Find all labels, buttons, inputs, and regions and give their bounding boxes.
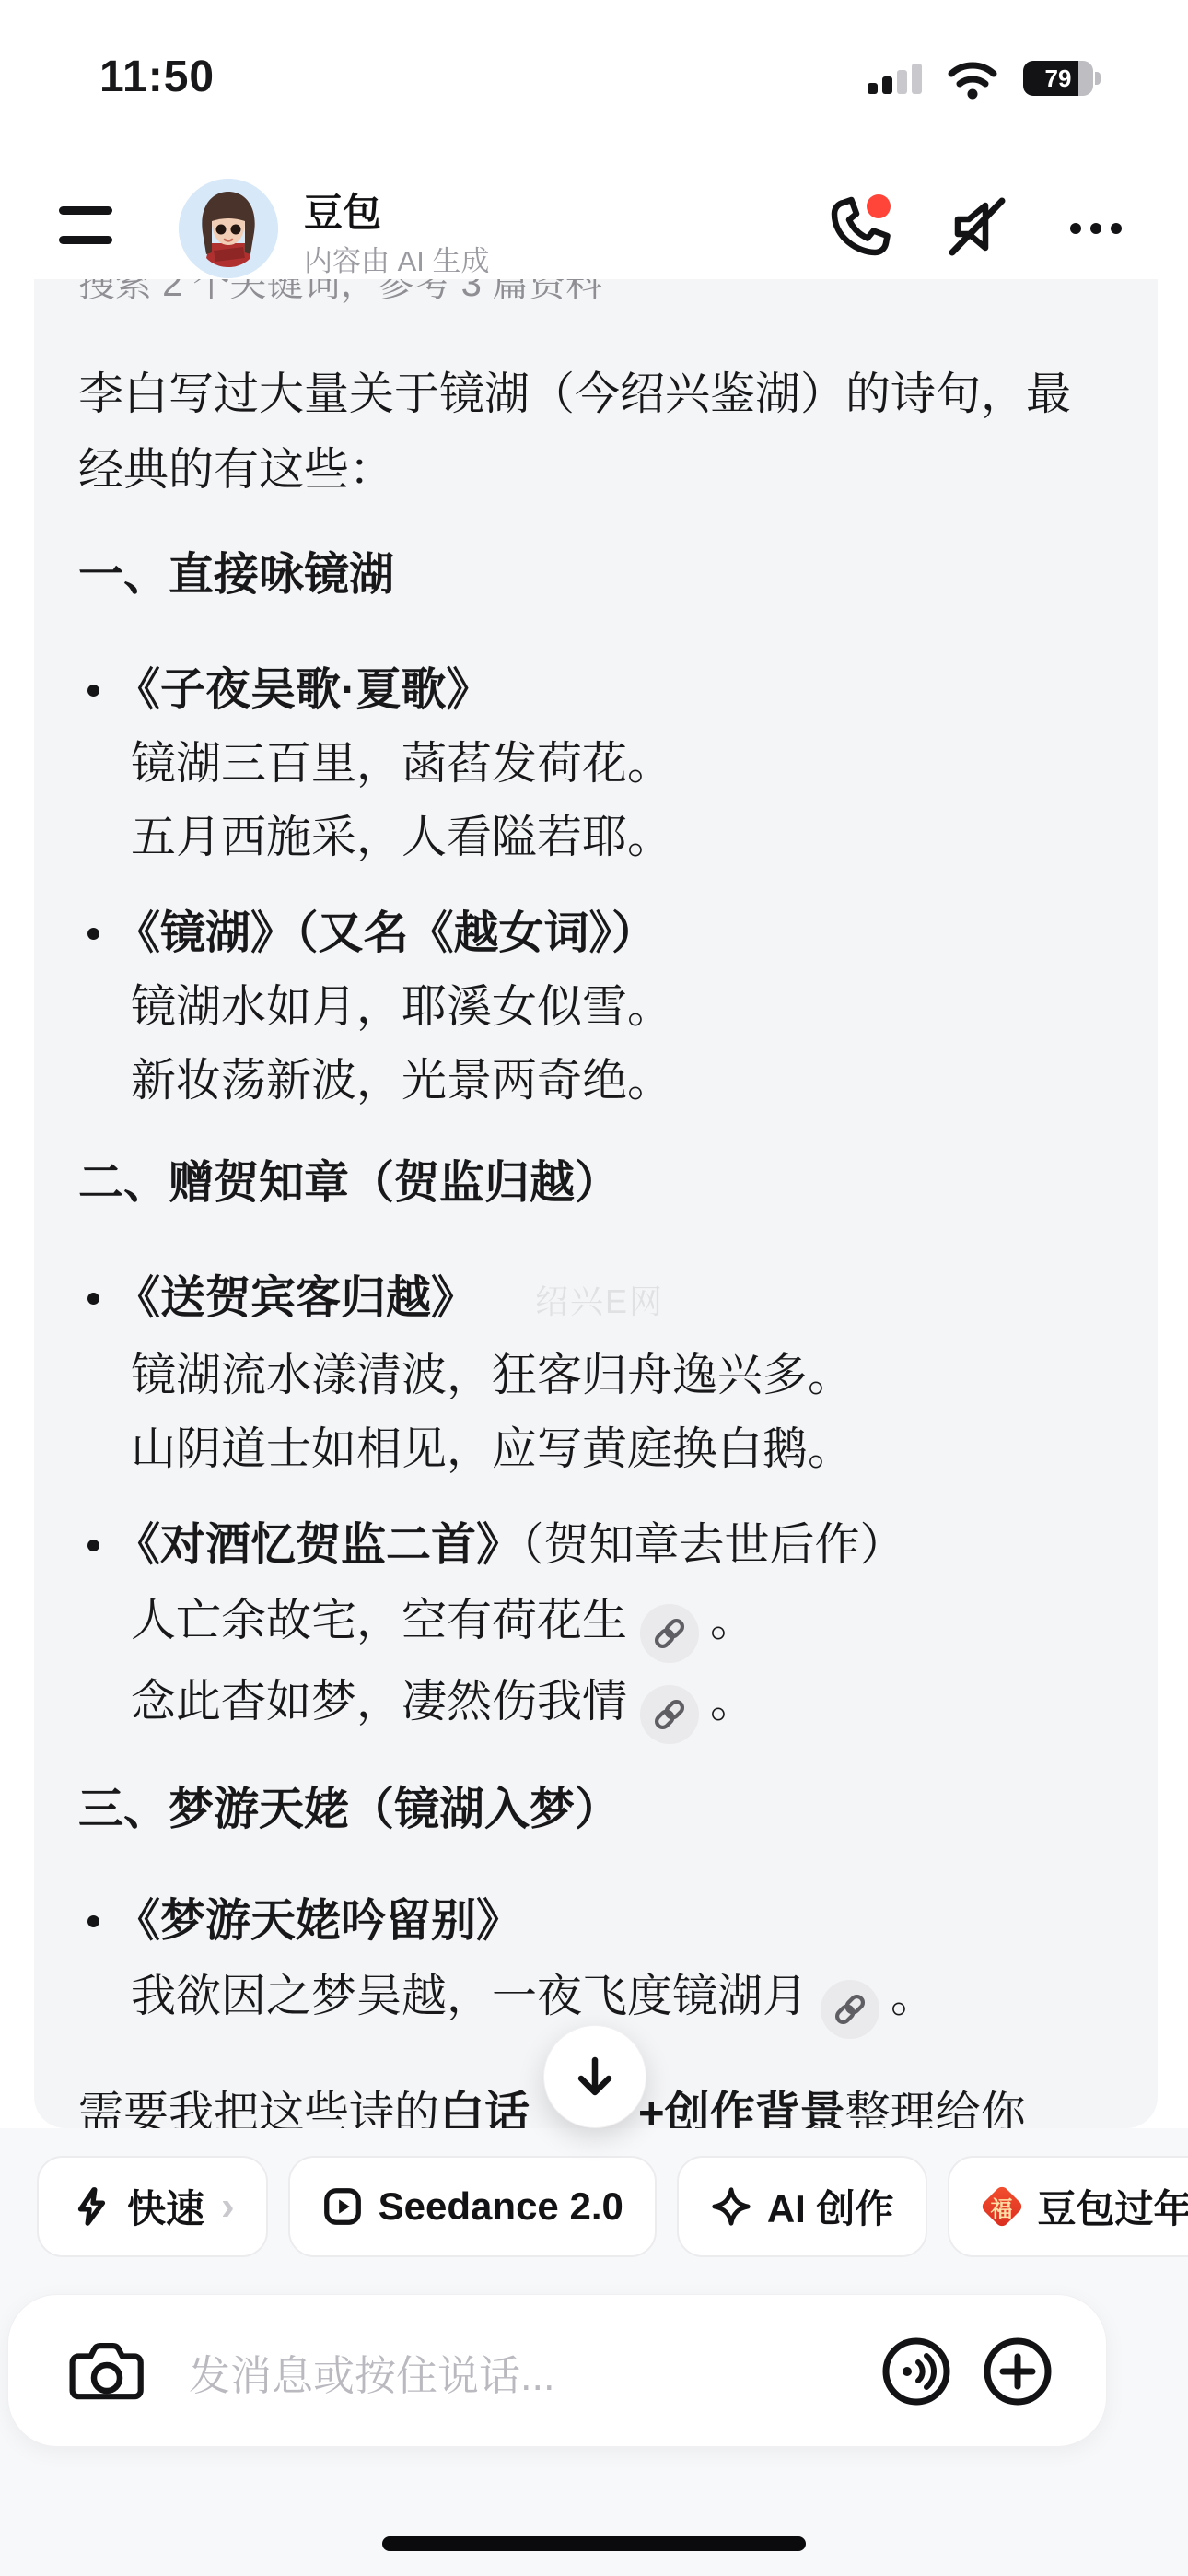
poem-line: 镜湖水如月，耶溪女似雪。 [115, 970, 1110, 1044]
section-heading-3: 三、梦游天姥（镜湖入梦） [78, 1772, 1110, 1847]
poem-line: 镜湖三百里，菡萏发荷花。 [115, 727, 1110, 801]
message-input-bar[interactable]: 发消息或按住说话... [7, 2294, 1107, 2447]
clock-time: 11:50 [99, 52, 215, 102]
poem-line: 五月西施采，人看隘若耶。 [115, 801, 1110, 874]
poem-line: 山阴道士如相见，应写黄庭换白鹅。 [115, 1412, 1110, 1486]
poem-line: 镜湖流水漾清波，狂客归舟逸兴多。 [115, 1339, 1110, 1412]
poem-line: 人亡余故宅，空有荷花生。 [115, 1582, 1110, 1663]
quick-action-ai-create[interactable]: AI 创作 [677, 2156, 927, 2257]
citation-link-icon[interactable] [821, 1980, 879, 2039]
chevron-right-icon: › [221, 2184, 235, 2230]
poem-title: 《镜湖》（又名《越女词》） [115, 896, 1110, 970]
arrow-down-icon [571, 2053, 619, 2101]
poem-title: 《对酒忆贺监二首》（贺知章去世后作） [115, 1508, 1110, 1582]
bullet-dot [87, 928, 99, 940]
poem-item: 《子夜吴歌·夏歌》 镜湖三百里，菡萏发荷花。 五月西施采，人看隘若耶。 [78, 653, 1110, 874]
battery-icon: 79 [1023, 61, 1101, 96]
chat-title: 豆包 [304, 182, 381, 238]
poem-title-note: （贺知章去世后作） [521, 1520, 905, 1570]
citation-link-icon[interactable] [640, 1604, 699, 1663]
poem-line: 新妆荡新波，光景两奇绝。 [115, 1044, 1110, 1118]
search-sources-note[interactable]: 搜索 2 个关键词，参考 3 篇资料 [78, 279, 1110, 312]
message-input-placeholder[interactable]: 发消息或按住说话... [189, 2295, 555, 2448]
poem-line: 我欲因之梦吴越，一夜飞度镜湖月。 [115, 1958, 1110, 2039]
voice-input-icon[interactable] [879, 2335, 953, 2408]
poem-title: 《送贺宾客归越》绍兴E网 [115, 1261, 1110, 1339]
add-attachment-icon[interactable] [981, 2335, 1054, 2408]
watermark: 绍兴E网 [535, 1282, 664, 1320]
poem-item: 《梦游天姥吟留别》 我欲因之梦吴越，一夜飞度镜湖月。 [78, 1884, 1110, 2039]
wifi-icon [944, 57, 1001, 100]
section-heading-2: 二、赠贺知章（贺监归越） [78, 1145, 1110, 1221]
camera-icon[interactable] [65, 2330, 148, 2413]
play-square-icon [321, 2185, 364, 2228]
ai-message-bubble: 搜索 2 个关键词，参考 3 篇资料 李白写过大量关于镜湖（今绍兴鉴湖）的诗句，… [34, 279, 1158, 2128]
poem-item: 《镜湖》（又名《越女词》） 镜湖水如月，耶溪女似雪。 新妆荡新波，光景两奇绝。 [78, 896, 1110, 1118]
quick-action-row: 快速 › Seedance 2.0 AI 创作 福 豆包过年 [37, 2156, 1188, 2257]
fu-badge-icon: 福 [981, 2185, 1023, 2228]
bullet-dot [87, 1540, 99, 1551]
cellular-signal-icon [868, 63, 922, 94]
voice-call-icon[interactable] [825, 192, 895, 262]
poem-title: 《子夜吴歌·夏歌》 [115, 653, 1110, 727]
call-notification-dot [867, 194, 891, 218]
avatar[interactable] [179, 179, 278, 278]
battery-percent: 79 [1045, 64, 1072, 93]
more-icon[interactable] [1061, 192, 1131, 262]
status-bar: 11:50 79 [0, 0, 1188, 120]
sparkle-icon [710, 2185, 752, 2228]
scroll-to-bottom-button[interactable] [543, 2025, 646, 2128]
mute-icon[interactable] [943, 192, 1013, 262]
lightning-icon [70, 2185, 112, 2228]
quick-action-fast[interactable]: 快速 › [37, 2156, 268, 2257]
poem-line: 念此杳如梦，凄然伤我情。 [115, 1663, 1110, 1744]
poem-item: 《对酒忆贺监二首》（贺知章去世后作） 人亡余故宅，空有荷花生。 念此杳如梦，凄然… [78, 1508, 1110, 1744]
quick-action-seedance[interactable]: Seedance 2.0 [288, 2156, 657, 2257]
section-heading-1: 一、直接咏镜湖 [78, 537, 1110, 613]
poem-title: 《梦游天姥吟留别》 [115, 1884, 1110, 1958]
bottom-panel: 快速 › Seedance 2.0 AI 创作 福 豆包过年 [0, 2128, 1188, 2576]
quick-action-newyear[interactable]: 福 豆包过年 [948, 2156, 1188, 2257]
bullet-dot [87, 685, 99, 697]
menu-icon[interactable] [59, 205, 112, 247]
poem-item: 《送贺宾客归越》绍兴E网 镜湖流水漾清波，狂客归舟逸兴多。 山阴道士如相见，应写… [78, 1261, 1110, 1486]
home-indicator[interactable] [382, 2536, 806, 2551]
intro-paragraph: 李白写过大量关于镜湖（今绍兴鉴湖）的诗句，最经典的有这些： [78, 357, 1110, 508]
chat-header: 豆包 内容由 AI 生成 [0, 120, 1188, 279]
ai-disclaimer: 内容由 AI 生成 [304, 238, 490, 279]
citation-link-icon[interactable] [640, 1685, 699, 1744]
bullet-dot [87, 1293, 99, 1305]
bullet-dot [87, 1915, 99, 1927]
